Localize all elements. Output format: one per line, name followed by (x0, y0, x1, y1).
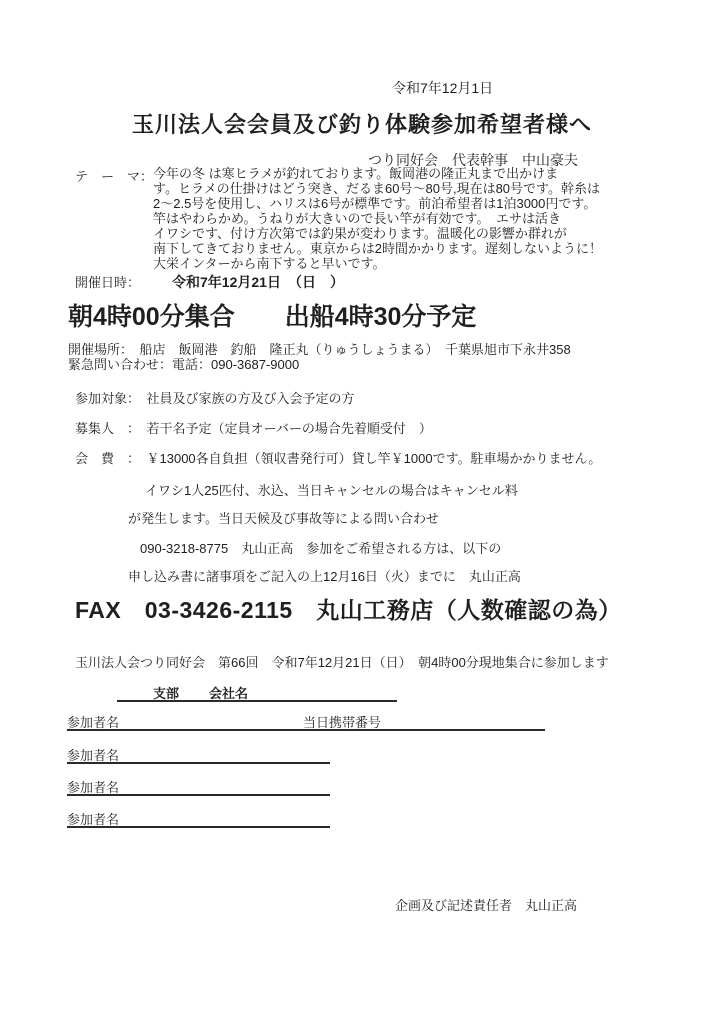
note-line: 090-3218-8775 丸山正高 参加をご希望される方は、以下の (140, 538, 501, 557)
event-date-row: 開催日時：令和7年12月21日 （日 ） (75, 272, 344, 292)
theme-text: 今年の冬 は寒ヒラメが釣れております。飯岡港の隆正丸まで出かけま す。ヒラメの仕… (153, 166, 623, 271)
eligibility-line: 参加対象： 社員及び家族の方及び入会予定の方 (75, 388, 355, 407)
meeting-time-headline: 朝4時00分集合 出船4時30分予定 (68, 297, 476, 333)
participation-statement: 玉川法人会つり同好会 第66回 令和7年12月21日（日） 朝4時00分現地集合… (75, 652, 609, 671)
participant-name-field: 参加者名当日携帯番号 (67, 712, 545, 731)
participant-label: 参加者名 (67, 812, 119, 827)
theme-line: す。ヒラメの仕掛けはどう突き、だるま60号～80号,現在は80号です。幹糸は (153, 181, 623, 196)
document-page: 令和7年12月1日 玉川法人会会員及び釣り体験参加希望者様へ つり同好会 代表幹… (0, 0, 724, 1024)
branch-company-field: 支部会社名 (117, 683, 397, 702)
fee-line: 会 費 ： ￥13000各自負担（領収書発行可）貸し竿￥1000です。駐車場かか… (75, 448, 601, 467)
theme-line: 2～2.5号を使用し、ハリスは6号が標準です。前泊希望者は1泊3000円です。 (153, 196, 623, 211)
responsible-person: 企画及び記述責任者 丸山正高 (395, 895, 577, 914)
venue-section: 開催場所： 船店 飯岡港 釣船 隆正丸（りゅうしょうまる） 千葉県旭市下永井35… (68, 342, 571, 372)
document-title: 玉川法人会会員及び釣り体験参加希望者様へ (0, 108, 724, 139)
emergency-contact: 緊急問い合わせ：電話：090-3687-9000 (68, 357, 571, 372)
participant-name-field: 参加者名 (67, 777, 330, 796)
note-line: イワシ1人25匹付、氷込、当日キャンセルの場合はキャンセル料 (145, 480, 518, 499)
participant-name-field: 参加者名 (67, 745, 330, 764)
capacity-line: 募集人 ： 若干名予定（定員オーバーの場合先着順受付 ） (75, 418, 432, 437)
issue-date: 令和7年12月1日 (392, 78, 493, 98)
participant-name-field: 参加者名 (67, 809, 330, 828)
participant-label: 参加者名 (67, 715, 119, 730)
theme-line: 大栄インターから南下すると早いです。 (153, 256, 623, 271)
theme-line: イワシです、付け方次第では釣果が変わります。温暖化の影響か群れが (153, 226, 623, 241)
fax-headline: FAX 03-3426-2115 丸山工務店（人数確認の為） (75, 592, 622, 625)
event-date-label: 開催日時： (75, 275, 140, 290)
theme-section: テ ー マ： 今年の冬 は寒ヒラメが釣れております。飯岡港の隆正丸まで出かけま … (75, 166, 623, 271)
event-date-value: 令和7年12月21日 （日 ） (172, 274, 344, 290)
participant-label: 参加者名 (67, 780, 119, 795)
venue-location: 開催場所： 船店 飯岡港 釣船 隆正丸（りゅうしょうまる） 千葉県旭市下永井35… (68, 342, 571, 357)
branch-label: 支部 (153, 686, 179, 701)
theme-line: 今年の冬 は寒ヒラメが釣れております。飯岡港の隆正丸まで出かけま (153, 166, 623, 181)
note-line: 申し込み書に諸事項をご記入の上12月16日（火）までに 丸山正高 (128, 566, 521, 585)
theme-label: テ ー マ： (75, 166, 153, 271)
note-line: が発生します。当日天候及び事故等による問い合わせ (128, 508, 439, 527)
participant-label: 参加者名 (67, 748, 119, 763)
company-label: 会社名 (209, 686, 248, 701)
phone-label: 当日携帯番号 (303, 715, 381, 730)
theme-line: 竿はやわらかめ。うねりが大きいので長い竿が有効です。 エサは活き (153, 211, 623, 226)
theme-line: 南下してきておりません。東京からは2時間かかります。遅刻しないように！ (153, 241, 623, 256)
